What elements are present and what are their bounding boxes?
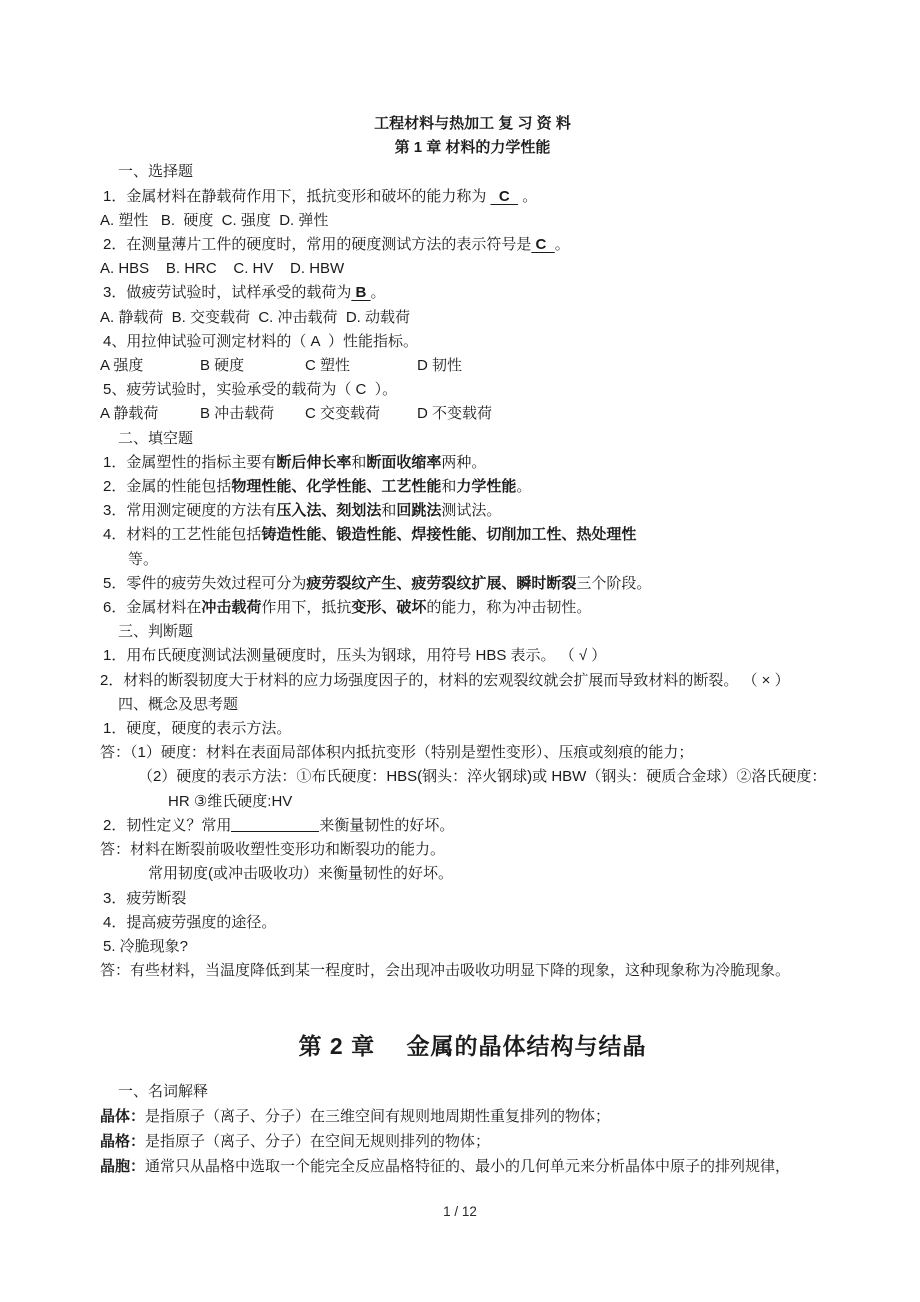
text-run: D 韧性 (417, 357, 462, 374)
doc-line: 晶胞：通常只从晶格中选取一个能完全反应晶格特征的、最小的几何单元来分析晶体中原子… (100, 1154, 845, 1179)
text-run: 4、用拉伸试验可测定材料的（ A ）性能指标。 (103, 333, 418, 350)
text-run: 晶胞： (100, 1158, 145, 1175)
blank-underline (231, 816, 319, 832)
doc-line: 常用韧度(或冲击吸收功）来衡量韧性的好坏。 (148, 862, 845, 886)
doc-line: A. 塑性 B. 硬度 C. 强度 D. 弹性 (100, 209, 845, 233)
doc-line: （2）硬度的表示方法：①布氏硬度：HBS(钢头：淬火钢球)或 HBW（钢头：硬质… (138, 765, 845, 789)
doc-title: 工程材料与热加工 复 习 资 料 (100, 112, 845, 136)
text-run: 一、名词解释 (118, 1083, 208, 1100)
text-run: 答：有些材料，当温度降低到某一程度时，会出现冲击吸收功明显下降的现象，这种现象称… (100, 962, 790, 979)
text-run: D 不变载荷 (417, 405, 492, 422)
text-run: 力学性能 (456, 478, 516, 495)
doc-line: 4．材料的工艺性能包括铸造性能、锻造性能、焊接性能、切削加工性、热处理性 (103, 523, 845, 547)
text-run: 工程材料与热加工 复 习 资 料 (374, 115, 571, 132)
text-run: 压入法、刻划法 (276, 502, 381, 519)
doc-line: 1．金属材料在静载荷作用下，抵抗变形和破坏的能力称为 C 。 (103, 185, 845, 209)
text-run: 二、填空题 (118, 430, 193, 447)
doc-line: A. HBS B. HRC C. HV D. HBW (100, 257, 845, 281)
doc-line: A 强度B 硬度C 塑性D 韧性 (100, 354, 845, 378)
text-run: 通常只从晶格中选取一个能完全反应晶格特征的、最小的几何单元来分析晶体中原子的排列… (145, 1158, 790, 1175)
text-run: C (491, 188, 519, 205)
text-run: 三、判断题 (118, 623, 193, 640)
text-run: 2．材料的断裂韧度大于材料的应力场强度因子的，材料的宏观裂纹就会扩展而导致材料的… (100, 672, 790, 689)
section-heading-choice: 一、选择题 (118, 160, 845, 184)
text-run: 冲击载荷 (201, 599, 261, 616)
text-run: 一、选择题 (118, 163, 193, 180)
text-run: （2）硬度的表示方法：①布氏硬度：HBS(钢头：淬火钢球)或 HBW（钢头：硬质… (138, 768, 826, 785)
page-number: 1 / 12 (0, 1202, 920, 1222)
chapter-2-heading: 第 2 章 金属的晶体结构与结晶 (100, 1029, 845, 1063)
text-run: B 冲击载荷 (200, 402, 305, 426)
doc-line: 2．材料的断裂韧度大于材料的应力场强度因子的，材料的宏观裂纹就会扩展而导致材料的… (100, 669, 845, 693)
doc-line: 晶体：是指原子（离子、分子）在三维空间有规则地周期性重复排列的物体； (100, 1104, 845, 1129)
text-run: 5. 冷脆现象? (103, 938, 188, 955)
doc-line: 5、疲劳试验时，实验承受的载荷为（ C ）。 (103, 378, 845, 402)
doc-line: 2．在测量薄片工件的硬度时，常用的硬度测试方法的表示符号是 C 。 (103, 233, 845, 257)
doc-line: 4．提高疲劳强度的途径。 (103, 911, 845, 935)
section-heading-terms: 一、名词解释 (118, 1079, 845, 1104)
text-run: 3．做疲劳试验时，试样承受的载荷为 (103, 284, 351, 301)
text-run: 5．零件的疲劳失效过程可分为 (103, 575, 306, 592)
text-run: 第 2 章 金属的晶体结构与结晶 (299, 1033, 647, 1059)
text-run: 的能力，称为冲击韧性。 (426, 599, 591, 616)
text-run: 1．硬度，硬度的表示方法。 (103, 720, 291, 737)
text-run: 两种。 (441, 454, 486, 471)
text-run: C (531, 236, 554, 253)
text-run: 。 (371, 284, 386, 301)
text-run: 三个阶段。 (576, 575, 651, 592)
text-run: 断后伸长率 (276, 454, 351, 471)
text-run: 3．常用测定硬度的方法有 (103, 502, 276, 519)
text-run: 2．在测量薄片工件的硬度时，常用的硬度测试方法的表示符号是 (103, 236, 531, 253)
text-run: 3．疲劳断裂 (103, 890, 186, 907)
text-run: HR ③维氏硬度:HV (168, 793, 292, 810)
doc-line: 答：（1）硬度：材料在表面局部体积内抵抗变形（特别是塑性变形）、压痕或刻痕的能力… (100, 741, 845, 765)
text-run: 。 (516, 478, 531, 495)
text-run: 和 (441, 478, 456, 495)
text-run: 测试法。 (441, 502, 501, 519)
doc-line: 3．做疲劳试验时，试样承受的载荷为 B 。 (103, 281, 845, 305)
text-run: 晶体： (100, 1108, 145, 1125)
text-run: 等。 (128, 551, 158, 568)
document-page: 工程材料与热加工 复 习 资 料第 1 章 材料的力学性能一、选择题1．金属材料… (0, 0, 920, 1302)
text-run: 2．金属的性能包括 (103, 478, 231, 495)
text-run: 断面收缩率 (366, 454, 441, 471)
doc-line: HR ③维氏硬度:HV (168, 790, 845, 814)
doc-line: 答：材料在断裂前吸收塑性变形功和断裂功的能力。 (100, 838, 845, 862)
text-run: 是指原子（离子、分子）在三维空间有规则地周期性重复排列的物体； (145, 1108, 610, 1125)
text-run: 回跳法 (396, 502, 441, 519)
text-run: A. HBS B. HRC C. HV D. HBW (100, 260, 344, 277)
section-heading-concept: 四、概念及思考题 (118, 693, 845, 717)
text-run: 和 (381, 502, 396, 519)
doc-line: 3．常用测定硬度的方法有压入法、刻划法和回跳法测试法。 (103, 499, 845, 523)
doc-line: A 静载荷B 冲击载荷C 交变载荷D 不变载荷 (100, 402, 845, 426)
doc-line: 2．金属的性能包括物理性能、化学性能、工艺性能和力学性能。 (103, 475, 845, 499)
doc-line: 等。 (128, 548, 845, 572)
doc-line: 5. 冷脆现象? (103, 935, 845, 959)
section-heading-judge: 三、判断题 (118, 620, 845, 644)
text-run: 第 1 章 材料的力学性能 (395, 139, 551, 156)
text-run: 铸造性能、锻造性能、焊接性能、切削加工性、热处理性 (261, 526, 636, 543)
document-content: 工程材料与热加工 复 习 资 料第 1 章 材料的力学性能一、选择题1．金属材料… (100, 112, 845, 1179)
text-run: 四、概念及思考题 (118, 696, 238, 713)
doc-line: 1．金属塑性的指标主要有断后伸长率和断面收缩率两种。 (103, 451, 845, 475)
text-run: C 塑性 (305, 354, 417, 378)
text-run: A. 静载荷 B. 交变载荷 C. 冲击载荷 D. 动载荷 (100, 309, 410, 326)
text-run: 疲劳裂纹产生、疲劳裂纹扩展、瞬时断裂 (306, 575, 576, 592)
doc-line: 晶格：是指原子（离子、分子）在空间无规则排列的物体； (100, 1129, 845, 1154)
text-run: 。 (518, 188, 537, 205)
text-run: B 硬度 (200, 354, 305, 378)
text-run: 5、疲劳试验时，实验承受的载荷为（ C ）。 (103, 381, 397, 398)
text-run: 作用下，抵抗 (261, 599, 351, 616)
text-run: 6．金属材料在 (103, 599, 201, 616)
text-run: 常用韧度(或冲击吸收功）来衡量韧性的好坏。 (148, 865, 453, 882)
text-run: 4．提高疲劳强度的途径。 (103, 914, 276, 931)
text-run: 变形、破坏 (351, 599, 426, 616)
text-run: 晶格： (100, 1133, 145, 1150)
doc-line: 3．疲劳断裂 (103, 887, 845, 911)
doc-line: A. 静载荷 B. 交变载荷 C. 冲击载荷 D. 动载荷 (100, 306, 845, 330)
text-run: C 交变载荷 (305, 402, 417, 426)
chapter-1-heading: 第 1 章 材料的力学性能 (100, 136, 845, 160)
text-run: 来衡量韧性的好坏。 (319, 817, 454, 834)
text-run: 1．金属材料在静载荷作用下，抵抗变形和破坏的能力称为 (103, 188, 491, 205)
doc-line: 1．用布氏硬度测试法测量硬度时，压头为钢球，用符号 HBS 表示。 （ √ ） (103, 644, 845, 668)
doc-line: 4、用拉伸试验可测定材料的（ A ）性能指标。 (103, 330, 845, 354)
text-run: 4．材料的工艺性能包括 (103, 526, 261, 543)
text-run: 答：（1）硬度：材料在表面局部体积内抵抗变形（特别是塑性变形）、压痕或刻痕的能力… (100, 744, 693, 761)
doc-line: 5．零件的疲劳失效过程可分为疲劳裂纹产生、疲劳裂纹扩展、瞬时断裂三个阶段。 (103, 572, 845, 596)
doc-line: 2．韧性定义？常用来衡量韧性的好坏。 (103, 814, 845, 838)
section-heading-fill: 二、填空题 (118, 427, 845, 451)
text-run: 2．韧性定义？常用 (103, 817, 231, 834)
text-run: B (351, 284, 370, 301)
text-run: 和 (351, 454, 366, 471)
text-run: 1．用布氏硬度测试法测量硬度时，压头为钢球，用符号 HBS 表示。 （ √ ） (103, 647, 606, 664)
doc-line: 6．金属材料在冲击载荷作用下，抵抗变形、破坏的能力，称为冲击韧性。 (103, 596, 845, 620)
text-run: A. 塑性 B. 硬度 C. 强度 D. 弹性 (100, 212, 328, 229)
text-run: 答：材料在断裂前吸收塑性变形功和断裂功的能力。 (100, 841, 445, 858)
text-run: 1．金属塑性的指标主要有 (103, 454, 276, 471)
doc-line: 答：有些材料，当温度降低到某一程度时，会出现冲击吸收功明显下降的现象，这种现象称… (100, 959, 845, 983)
doc-line: 1．硬度，硬度的表示方法。 (103, 717, 845, 741)
text-run: A 强度 (100, 354, 200, 378)
text-run: 物理性能、化学性能、工艺性能 (231, 478, 441, 495)
text-run: 是指原子（离子、分子）在空间无规则排列的物体； (145, 1133, 490, 1150)
text-run: A 静载荷 (100, 402, 200, 426)
text-run: 。 (555, 236, 570, 253)
